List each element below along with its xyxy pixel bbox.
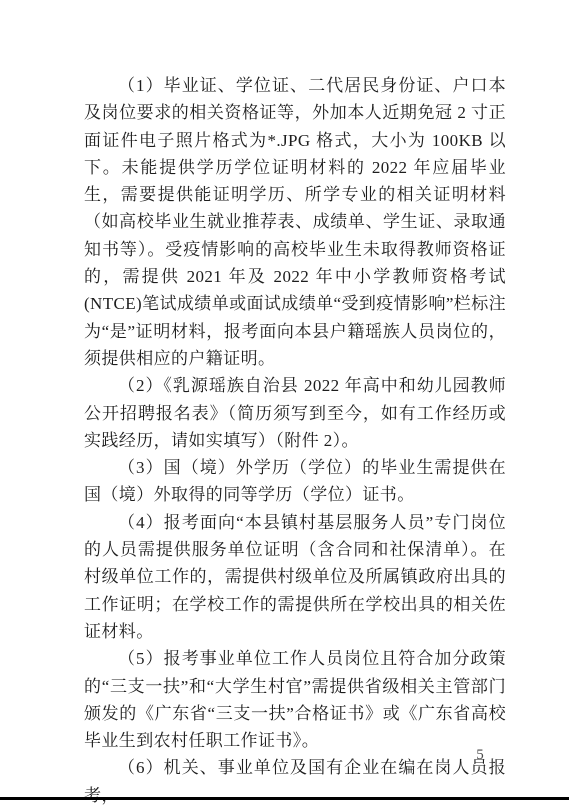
document-page: （1）毕业证、学位证、二代居民身份证、户口本及岗位要求的相关资格证等，外加本人近… — [0, 0, 569, 805]
paragraph-2: （2）《乳源瑶族自治县 2022 年高中和幼儿园教师公开招聘报名表》（简历须写到… — [84, 372, 506, 454]
page-bottom-border — [0, 797, 569, 800]
page-number: 5 — [470, 747, 490, 764]
paragraph-4: （4）报考面向“本县镇村基层服务人员”专门岗位的人员需提供服务单位证明（含合同和… — [84, 509, 506, 645]
document-body: （1）毕业证、学位证、二代居民身份证、户口本及岗位要求的相关资格证等，外加本人近… — [84, 72, 506, 805]
paragraph-1: （1）毕业证、学位证、二代居民身份证、户口本及岗位要求的相关资格证等，外加本人近… — [84, 72, 506, 372]
paragraph-3: （3）国（境）外学历（学位）的毕业生需提供在国（境）外取得的同等学历（学位）证书… — [84, 454, 506, 509]
paragraph-5: （5）报考事业单位工作人员岗位且符合加分政策的“三支一扶”和“大学生村官”需提供… — [84, 645, 506, 754]
